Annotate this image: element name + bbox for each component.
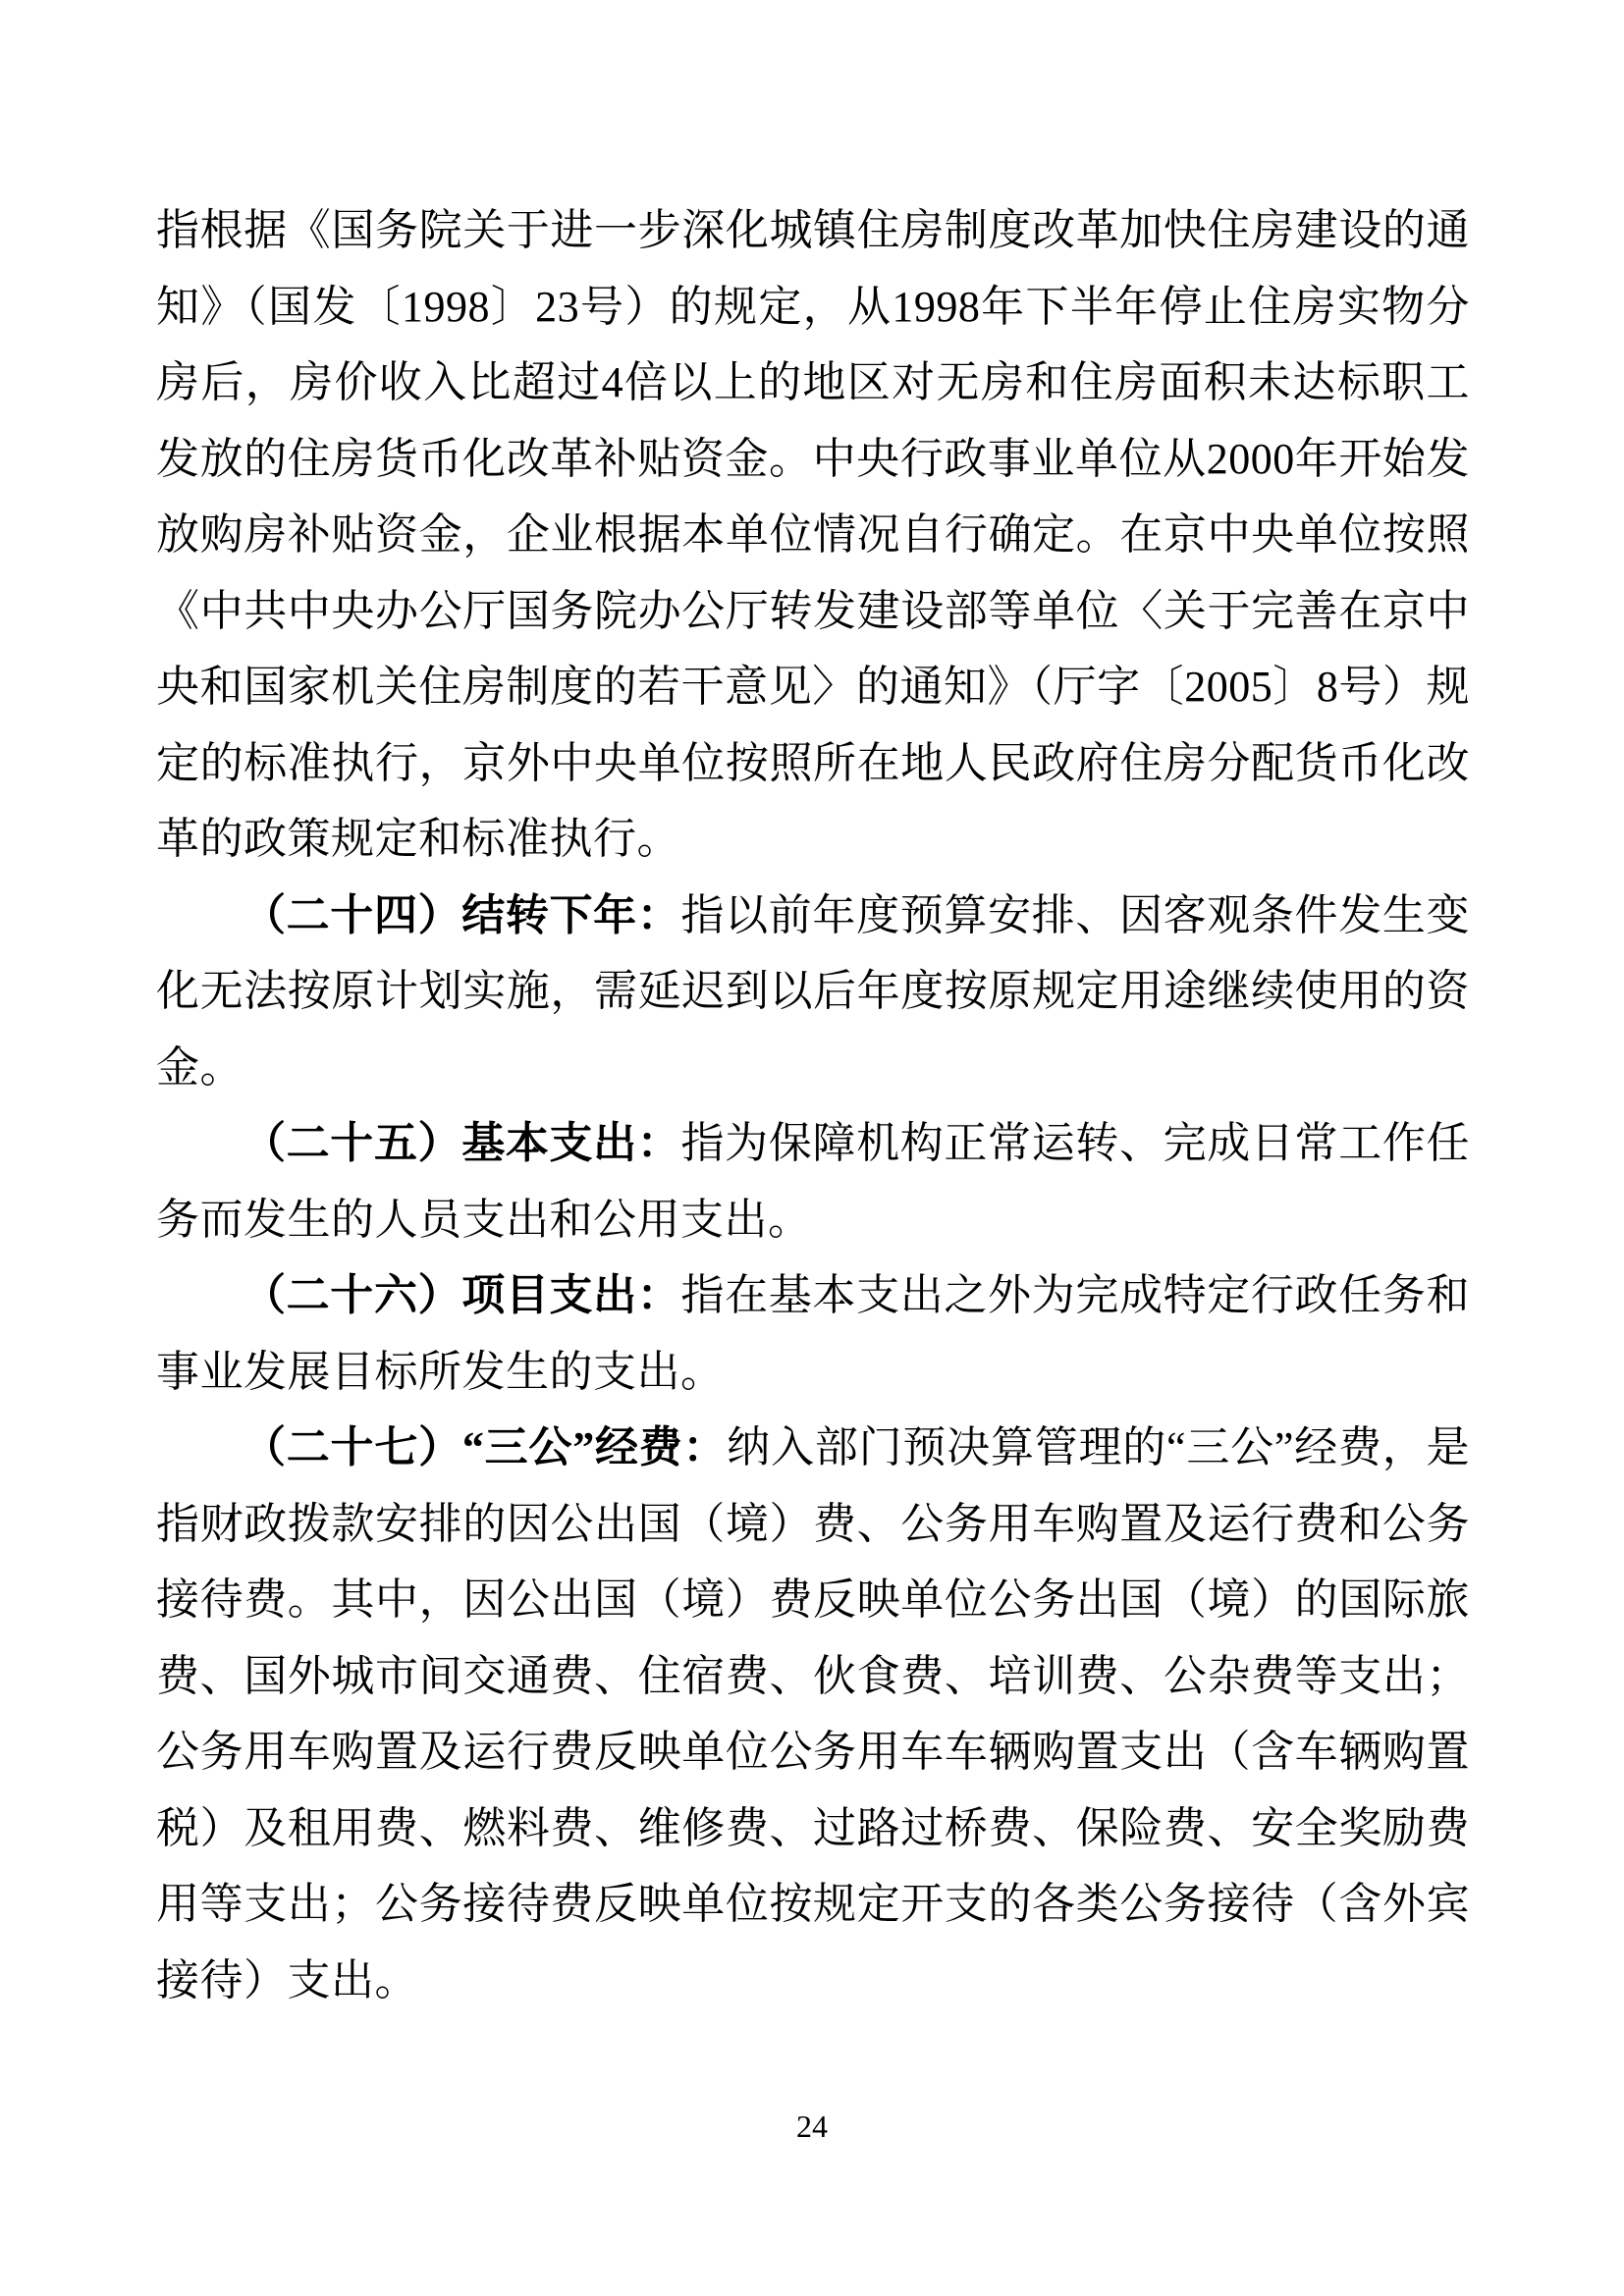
paragraph-lead-bold: （二十四）结转下年： — [243, 891, 680, 939]
paragraph-lead-bold: （二十五）基本支出： — [243, 1119, 680, 1167]
paragraph-project-expenditure-item-26: （二十六）项目支出：指在基本支出之外为完成特定行政任务和事业发展目标所发生的支出… — [156, 1257, 1470, 1410]
paragraph-body-text: 指根据《国务院关于进一步深化城镇住房制度改革加快住房建设的通知》（国发〔1998… — [156, 206, 1470, 863]
document-body: 指根据《国务院关于进一步深化城镇住房制度改革加快住房建设的通知》（国发〔1998… — [156, 192, 1470, 2018]
paragraph-lead-bold: （二十七）“三公”经费： — [243, 1423, 727, 1471]
paragraph-three-public-funds-item-27: （二十七）“三公”经费：纳入部门预决算管理的“三公”经费，是指财政拨款安排的因公… — [156, 1410, 1470, 2018]
paragraph-basic-expenditure-item-25: （二十五）基本支出：指为保障机构正常运转、完成日常工作任务而发生的人员支出和公用… — [156, 1105, 1470, 1257]
paragraph-housing-subsidy-continuation: 指根据《国务院关于进一步深化城镇住房制度改革加快住房建设的通知》（国发〔1998… — [156, 192, 1470, 878]
page-number: 24 — [0, 2109, 1624, 2144]
paragraph-carryover-item-24: （二十四）结转下年：指以前年度预算安排、因客观条件发生变化无法按原计划实施，需延… — [156, 878, 1470, 1106]
paragraph-lead-bold: （二十六）项目支出： — [243, 1271, 680, 1319]
paragraph-body-text: 纳入部门预决算管理的“三公”经费，是指财政拨款安排的因公出国（境）费、公务用车购… — [156, 1423, 1470, 2004]
document-page: 指根据《国务院关于进一步深化城镇住房制度改革加快住房建设的通知》（国发〔1998… — [0, 0, 1624, 2296]
